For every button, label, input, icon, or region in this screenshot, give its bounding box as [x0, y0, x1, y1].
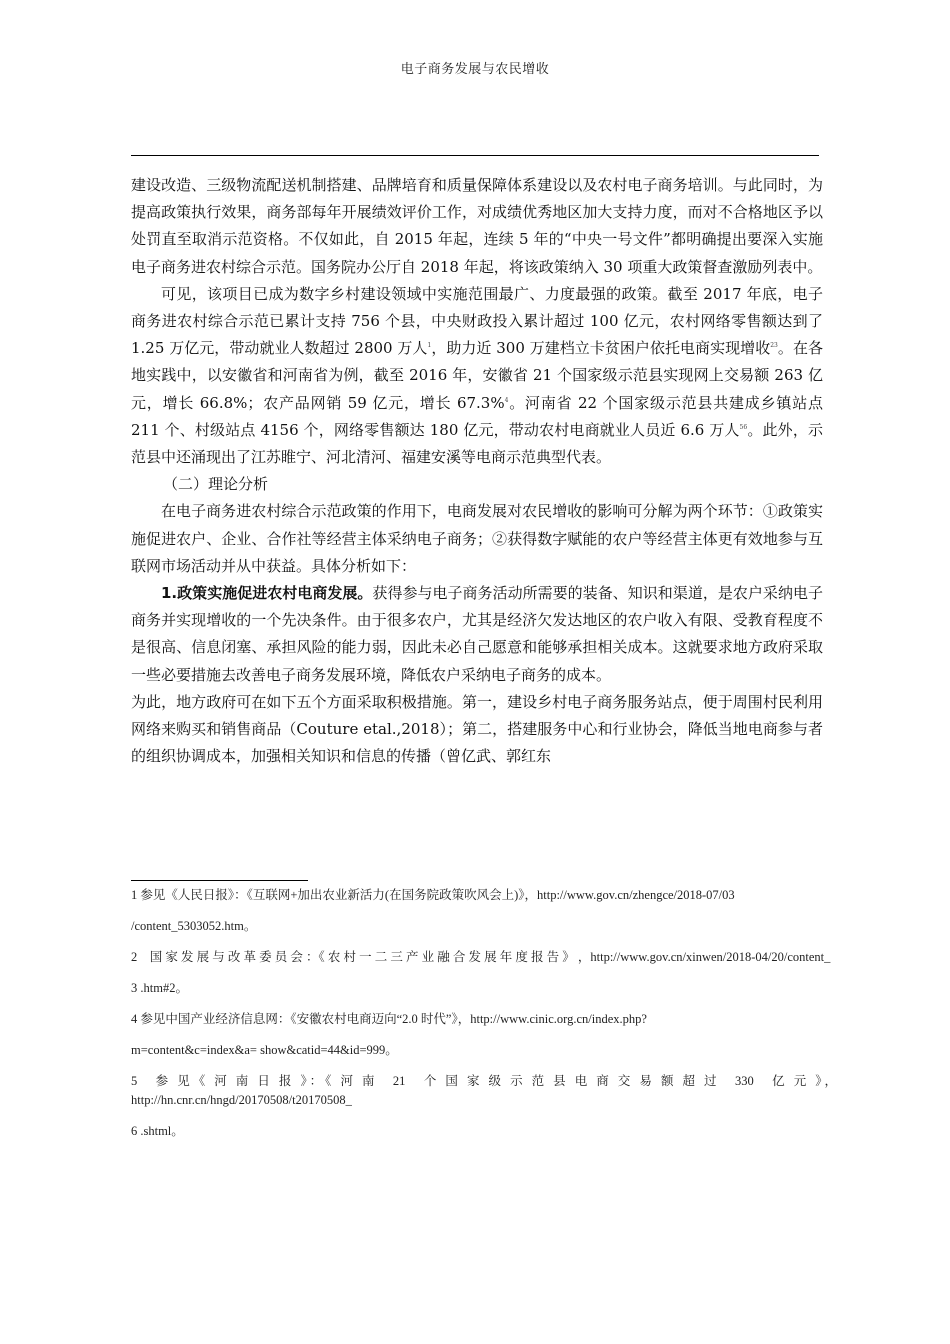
subheading-bold-lead: 1.政策实施促进农村电商发展。 [161, 584, 372, 602]
footnote-2: 2 国 家 发 展 与 改 革 委 员 会 ：《 农 村 一 二 三 产 业 融… [131, 948, 837, 967]
footnote-4: 4 参见中国产业经济信息网：《安徽农村电商迈向“2.0 时代”》，http://… [131, 1010, 837, 1029]
paragraph-policy-promotes-ecommerce: 1.政策实施促进农村电商发展。获得参与电子商务活动所需要的装备、知识和渠道，是农… [131, 580, 823, 689]
paragraph-policy-results: 可见，该项目已成为数字乡村建设领域中实施范围最广、力度最强的政策。截至 2017… [131, 281, 823, 471]
body-text: 建设改造、三级物流配送机制搭建、品牌培育和质量保障体系建设以及农村电子商务培训。… [131, 172, 823, 770]
header-divider [131, 155, 819, 156]
footnote-1: 1 参见《人民日报》：《互联网+加出农业新活力(在国务院政策吹风会上)》，htt… [131, 886, 837, 905]
footnote-3: 3 .htm#2。 [131, 979, 837, 998]
running-header: 电子商务发展与农民增收 [0, 58, 950, 77]
footnotes: 1 参见《人民日报》：《互联网+加出农业新活力(在国务院政策吹风会上)》，htt… [131, 886, 837, 1153]
paragraph-theory-intro: 在电子商务进农村综合示范政策的作用下，电商发展对农民增收的影响可分解为两个环节：… [131, 498, 823, 580]
paragraph-policy-measures: 建设改造、三级物流配送机制搭建、品牌培育和质量保障体系建设以及农村电子商务培训。… [131, 172, 823, 281]
section-heading-theory: （二）理论分析 [131, 471, 823, 498]
paragraph-five-measures: 为此，地方政府可在如下五个方面采取积极措施。第一，建设乡村电子商务服务站点，便于… [131, 689, 823, 771]
footnote-5: 5 参 见《 河 南 日 报 》：《 河 南 21 个 国 家 级 示 范 县 … [131, 1072, 837, 1110]
footnote-1-cont: /content_5303052.htm。 [131, 917, 837, 936]
footnote-6: 6 .shtml。 [131, 1122, 837, 1141]
footnote-separator [131, 880, 308, 881]
footnote-ref-23[interactable]: 23 [770, 342, 778, 349]
footnote-4-cont: m=content&c=index&a= show&catid=44&id=99… [131, 1041, 837, 1060]
